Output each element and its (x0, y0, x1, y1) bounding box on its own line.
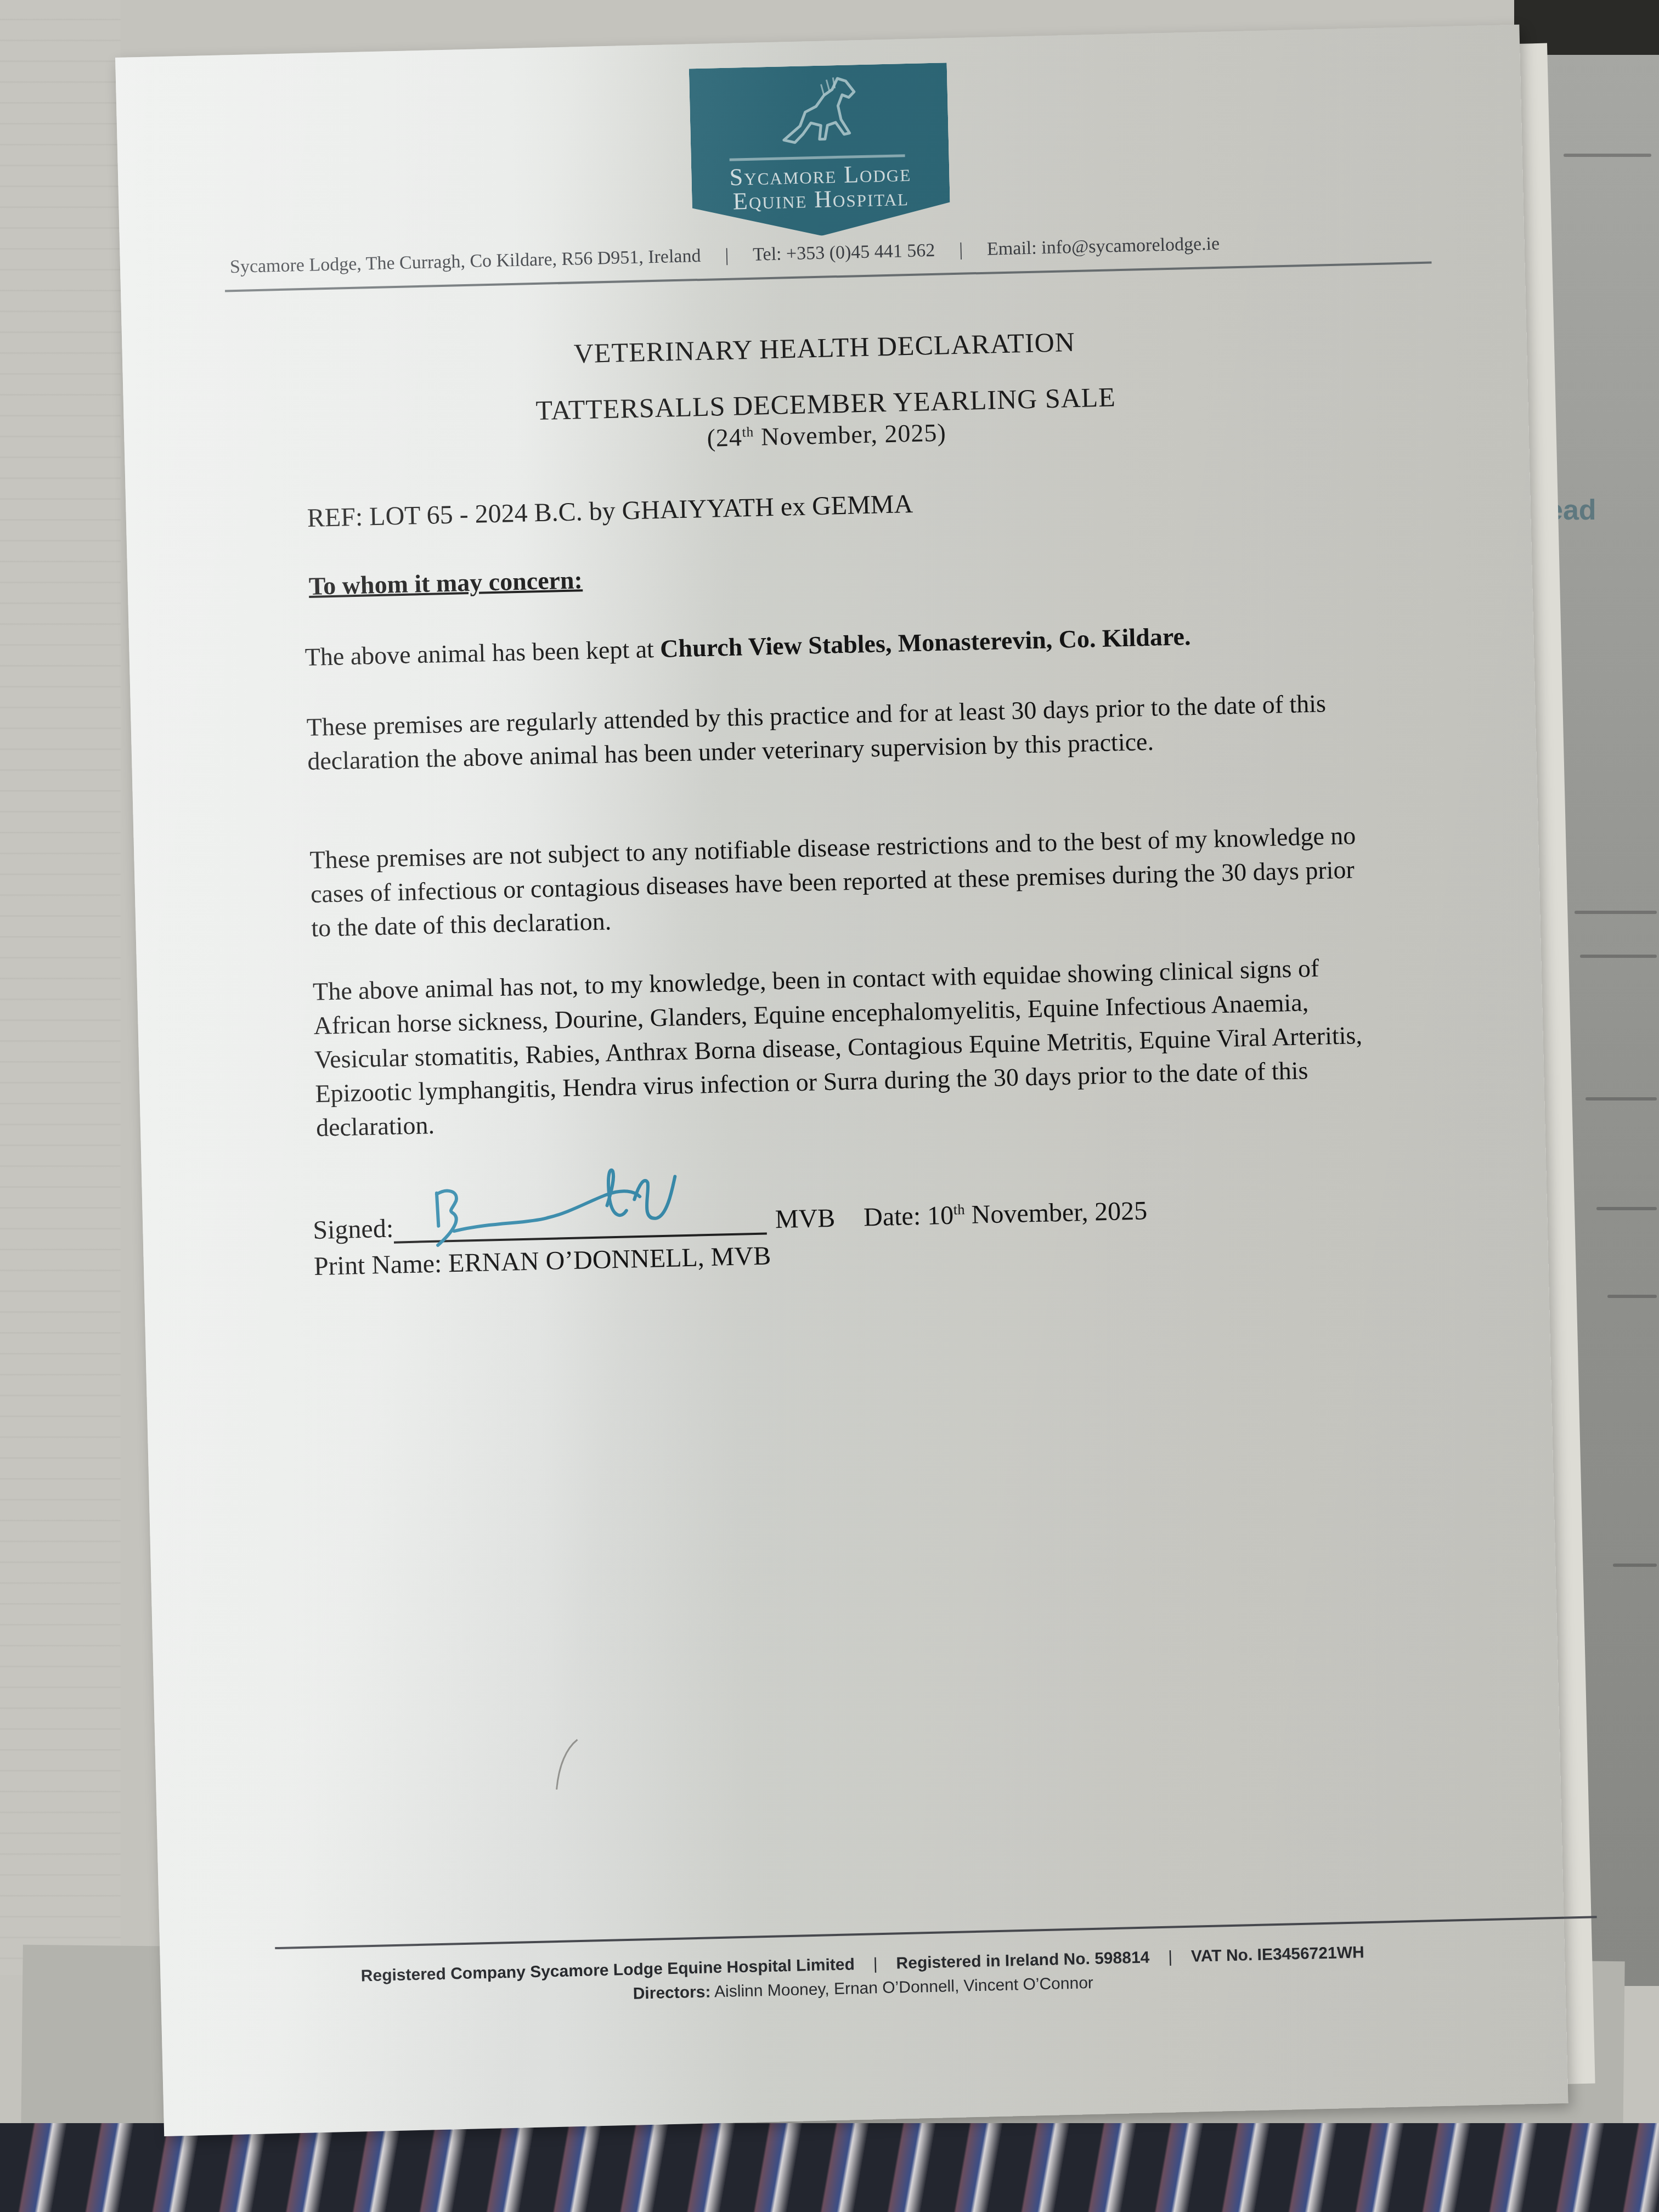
paragraph-premises-lead: The above animal has been kept at (304, 635, 661, 671)
paragraph-premises: The above animal has been kept at Church… (304, 615, 1375, 674)
letterhead-contact: Sycamore Lodge, The Curragh, Co Kildare,… (230, 229, 1426, 278)
sale-date-ordinal: th (742, 424, 754, 440)
address: Sycamore Lodge, The Curragh, Co Kildare,… (230, 246, 701, 277)
horse-icon (771, 72, 866, 157)
premises-location: Church View Stables, Monasterevin, Co. K… (660, 622, 1191, 663)
stack-text-line (1607, 1295, 1657, 1298)
footer-registration: Registered in Ireland No. 598814 (896, 1949, 1150, 1973)
stack-text-line (1575, 911, 1657, 914)
separator: | (725, 245, 729, 266)
directors-label: Directors: (633, 1983, 710, 2002)
paragraph-disease-contact: The above animal has not, to my knowledg… (312, 950, 1386, 1145)
signature-qualification: MVB (775, 1204, 836, 1234)
document-title: VETERINARY HEALTH DECLARATION (122, 315, 1527, 380)
signature-row: Signed: MVBDate: 10th November, 2025 (313, 1195, 1148, 1245)
date-ordinal: th (953, 1201, 965, 1217)
paragraph-restrictions: These premises are not subject to any no… (309, 818, 1381, 945)
separator: | (1168, 1948, 1173, 1967)
handwritten-signature (425, 1164, 734, 1248)
paragraph-supervision: These premises are regularly attended by… (306, 685, 1377, 778)
stack-text-line (1564, 154, 1651, 157)
email: Email: info@sycamorelodge.ie (987, 234, 1220, 259)
hospital-logo: Sycamore Lodge Equine Hospital (689, 63, 951, 239)
desk-surface (0, 0, 121, 1975)
footer-vat: VAT No. IE3456721WH (1191, 1943, 1364, 1965)
salutation: To whom it may concern: (308, 565, 583, 601)
directors-names: Aislinn Mooney, Ernan O’Donnell, Vincent… (710, 1974, 1093, 2001)
footer-company: Registered Company Sycamore Lodge Equine… (360, 1955, 855, 1985)
phone: Tel: +353 (0)45 441 562 (753, 240, 935, 265)
sale-date-day: (24 (707, 423, 743, 452)
lot-reference: REF: LOT 65 - 2024 B.C. by GHAIYYATH ex … (307, 489, 913, 533)
stack-text-line (1580, 955, 1657, 958)
print-name: Print Name: ERNAN O’DONNELL, MVB (313, 1240, 771, 1282)
stack-text-line (1613, 1564, 1657, 1567)
signed-label: Signed: (313, 1214, 394, 1245)
signature-line (393, 1207, 767, 1244)
stack-text-line (1585, 1097, 1657, 1101)
fabric-background (0, 2123, 1659, 2212)
pen-mark (550, 1737, 584, 1792)
stack-text-line (1596, 1207, 1657, 1210)
separator: | (873, 1955, 878, 1973)
declaration-document: Sycamore Lodge Equine Hospital Sycamore … (115, 25, 1568, 2136)
date-label: Date: 10 (864, 1201, 954, 1232)
separator: | (959, 240, 963, 261)
signature-date: Date: 10th November, 2025 (864, 1196, 1148, 1232)
sale-date-rest: November, 2025) (754, 419, 946, 451)
date-rest: November, 2025 (964, 1196, 1148, 1229)
